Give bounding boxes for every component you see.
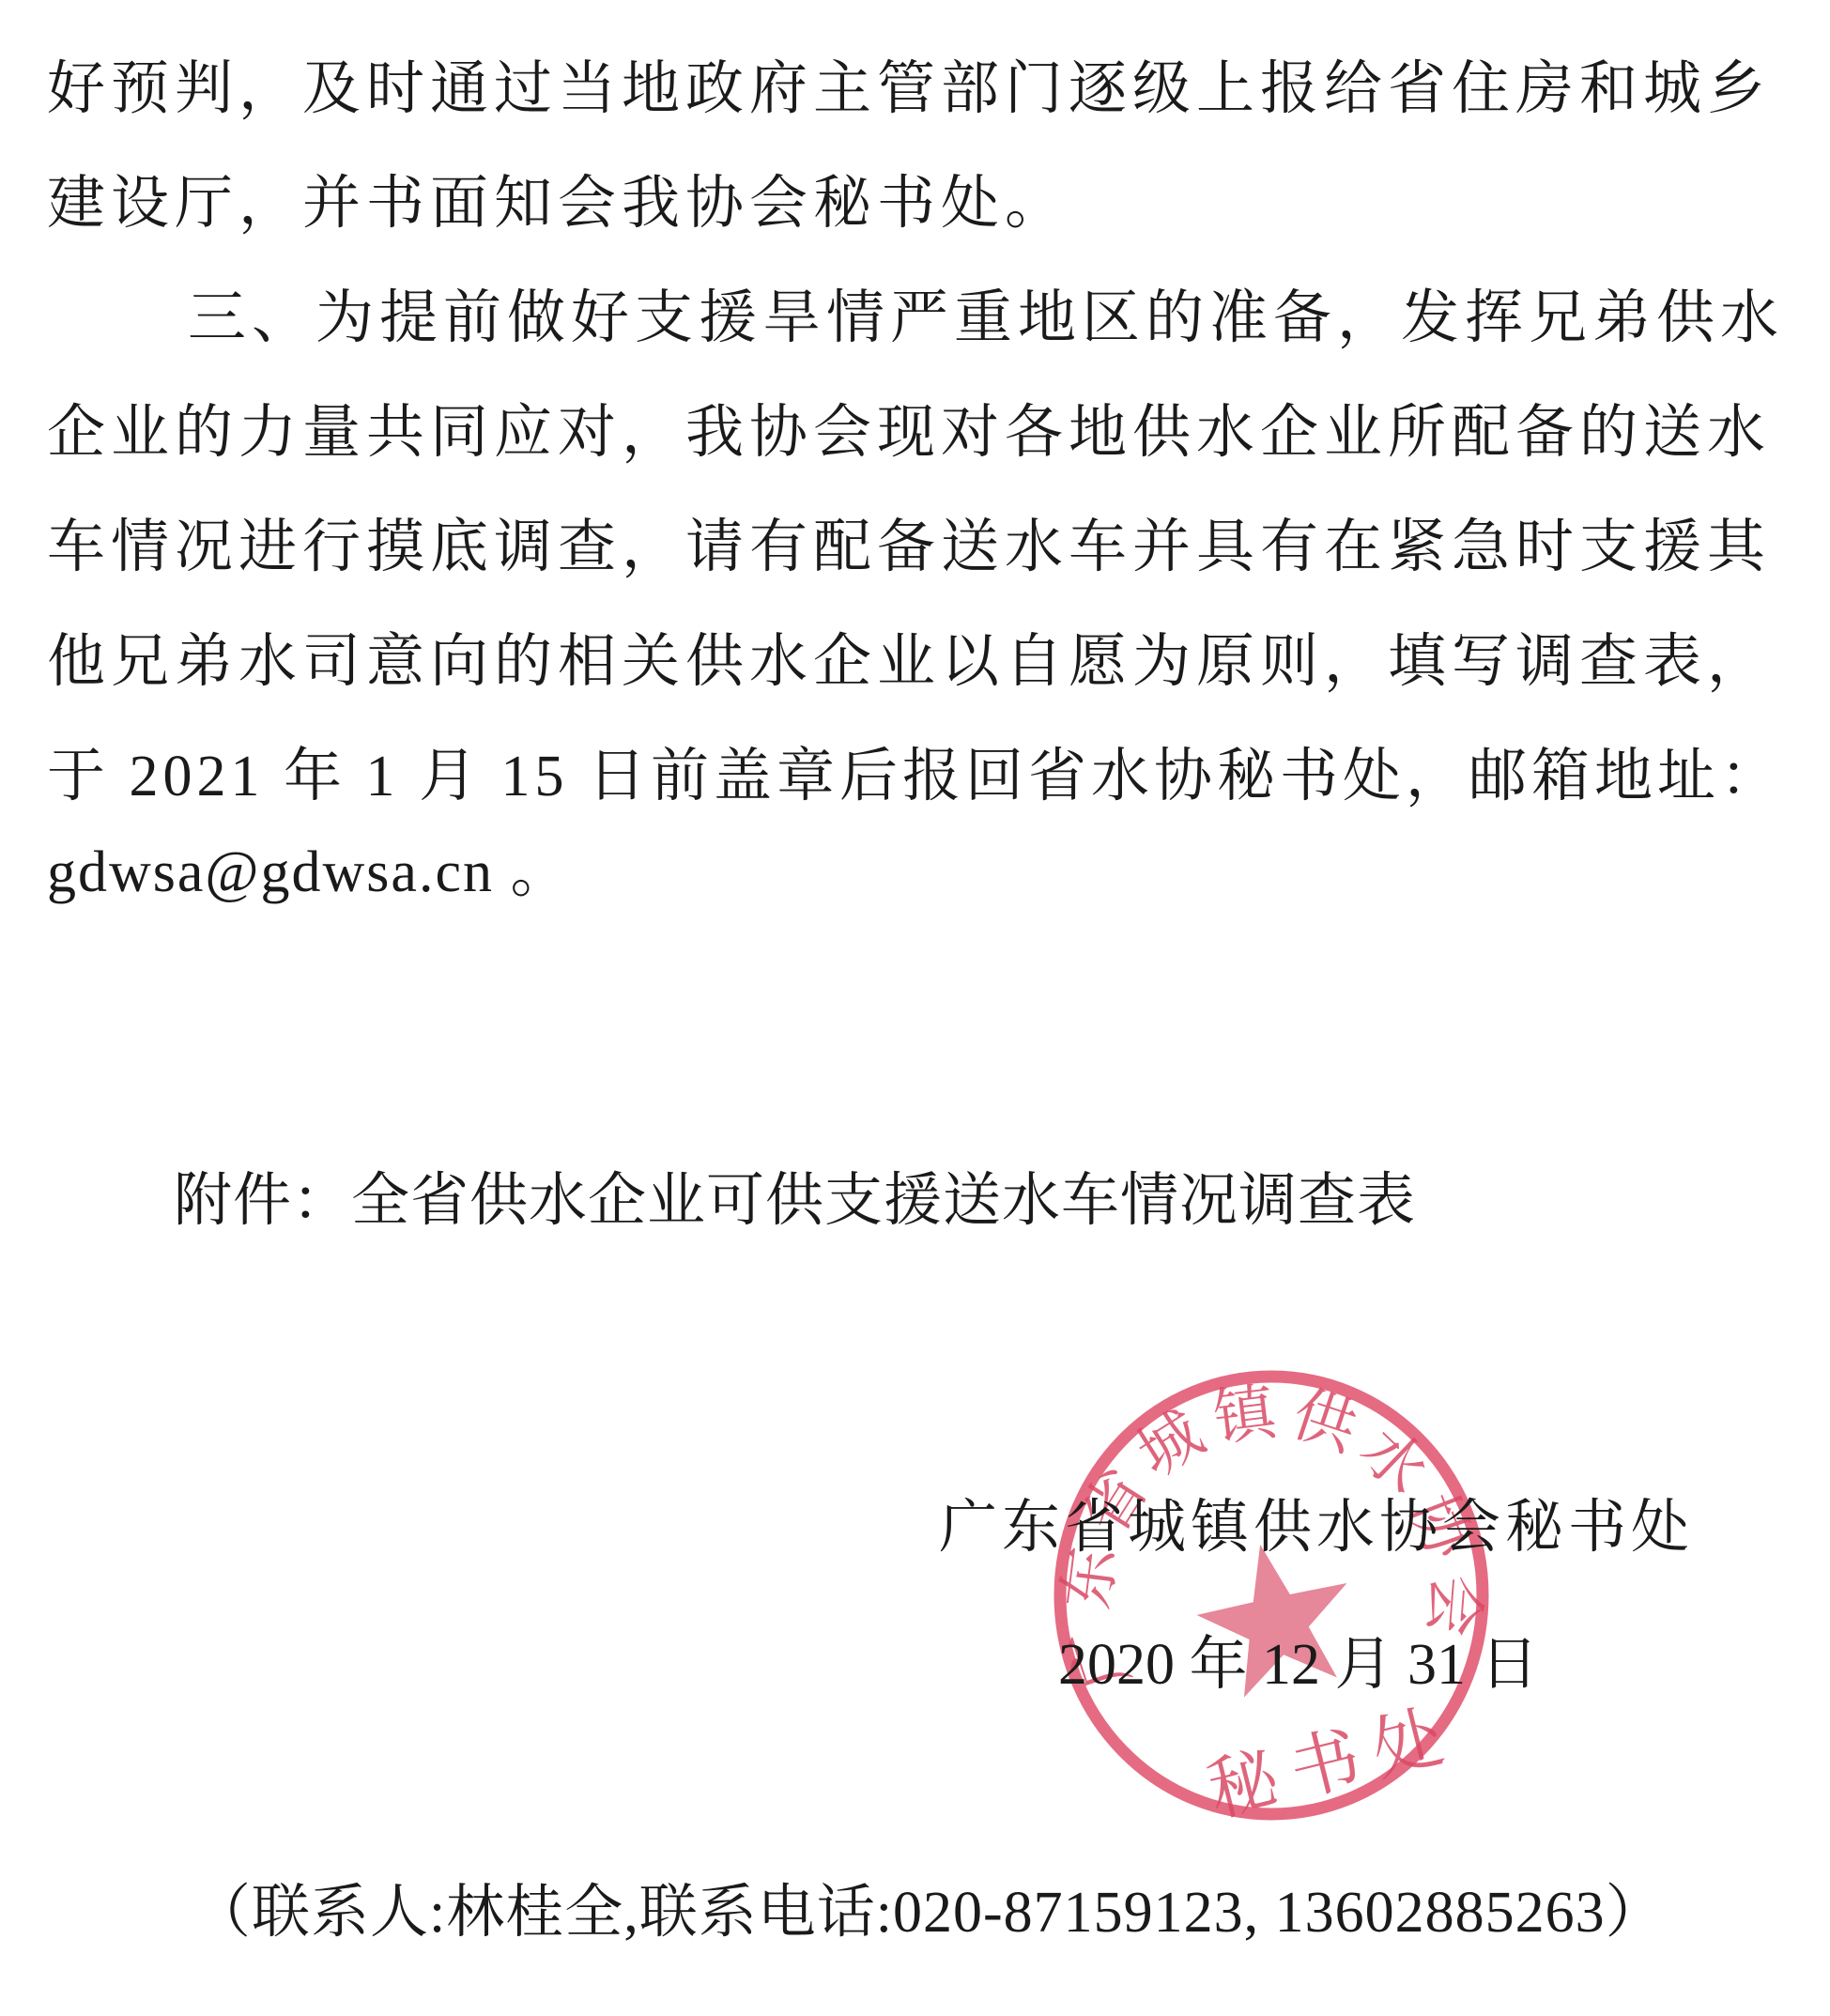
signature-org: 广东省城镇供水协会秘书处: [939, 1497, 1694, 1559]
body-line-6: 他兄弟水司意向的相关供水企业以自愿为原则，填写调查表，: [47, 631, 1771, 693]
body-line-3: 三、为提前做好支援旱情严重地区的准备，发挥兄弟供水: [188, 287, 1784, 349]
body-line-7: 于 2021 年 1 月 15 日前盖章后报回省水协秘书处，邮箱地址：: [47, 746, 1783, 808]
email-line: gdwsa@gdwsa.cn 。: [47, 841, 570, 903]
attachment-line: 附件：全省供水企业可供支援送水车情况调查表: [174, 1170, 1416, 1232]
signature-date: 2020 年 12 月 31 日: [1058, 1634, 1539, 1696]
body-line-4: 企业的力量共同应对，我协会现对各地供水企业所配备的送水: [47, 402, 1771, 464]
contact-line: （联系人:林桂全,联系电话:020-87159123, 13602885263）: [192, 1882, 1665, 1944]
body-line-1: 好预判，及时通过当地政府主管部门逐级上报给省住房和城乡: [47, 58, 1771, 120]
body-line-5: 车情况进行摸底调查，请有配备送水车并具有在紧急时支援其: [47, 516, 1771, 578]
document-page: 广东省城镇供水协会 秘书处 好预判，及时通过当地政府主管部门逐级上报给省住房和城…: [0, 0, 1830, 2016]
official-seal: 广东省城镇供水协会 秘书处: [1050, 1369, 1493, 1827]
body-line-2: 建设厅，并书面知会我协会秘书处。: [47, 173, 1069, 235]
official-seal-graphic: 广东省城镇供水协会 秘书处: [1050, 1369, 1493, 1827]
